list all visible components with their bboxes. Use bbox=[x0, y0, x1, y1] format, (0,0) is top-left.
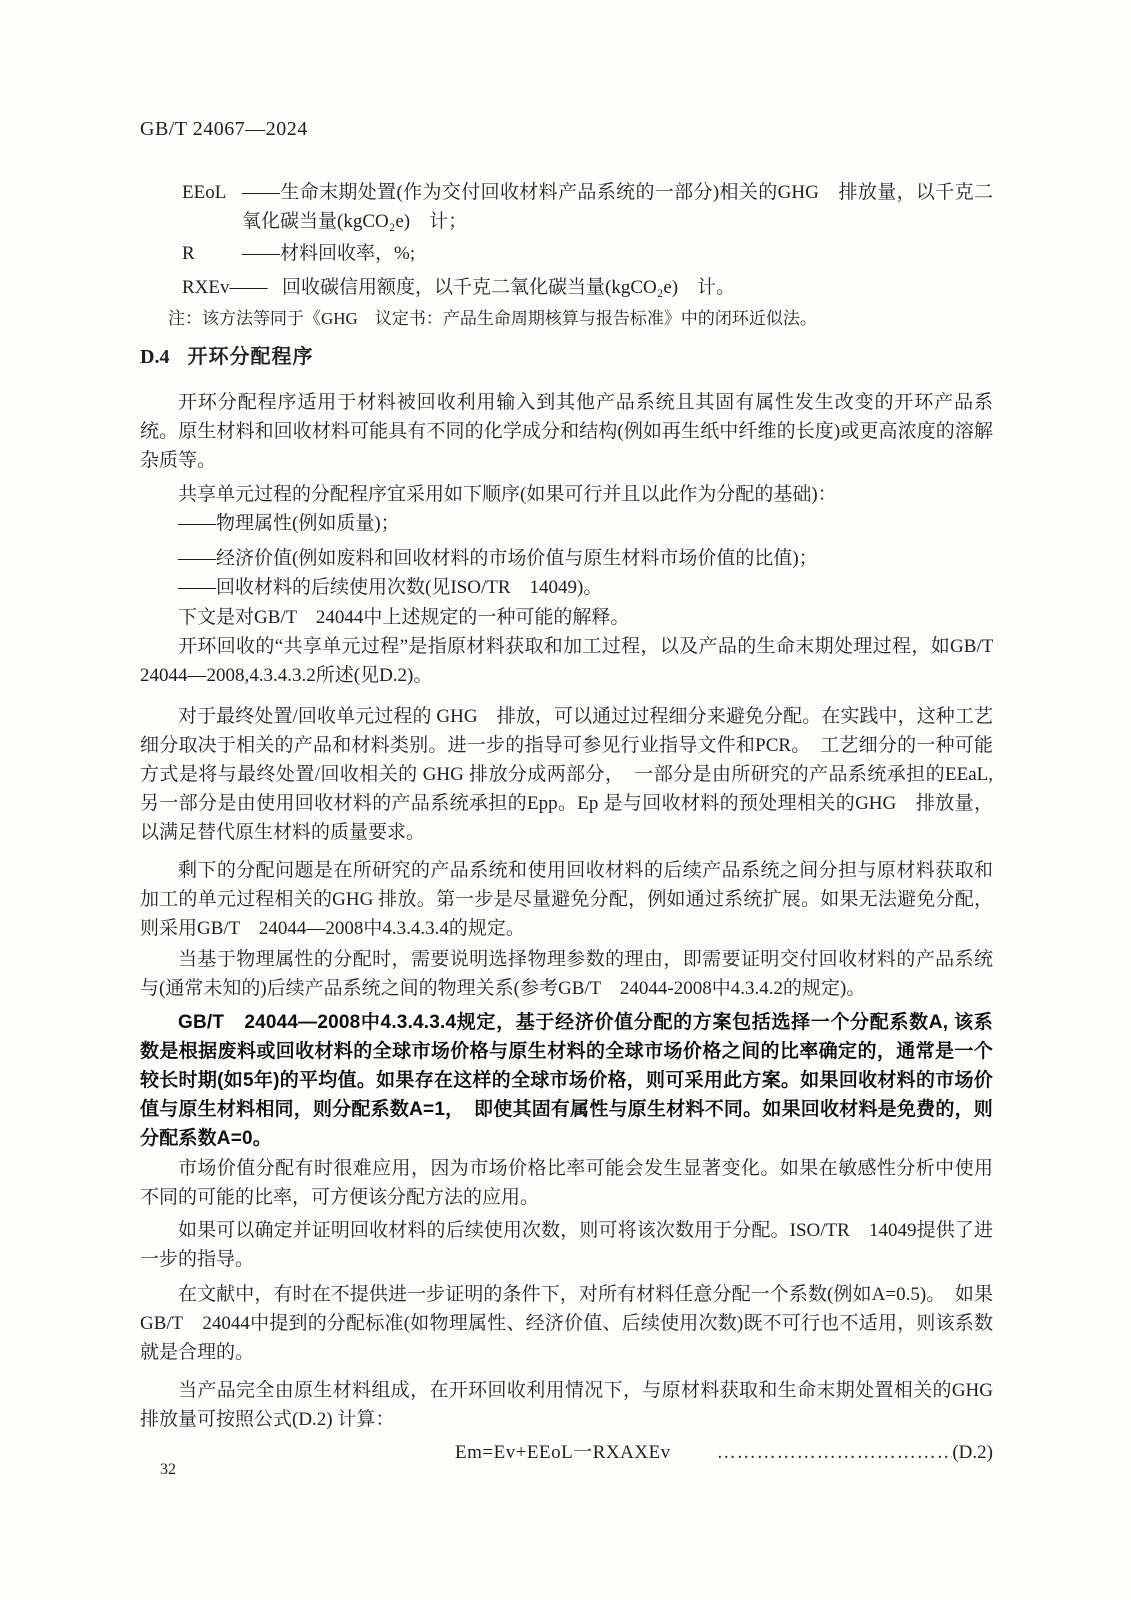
definition-list: EEoL ——生命末期处置(作为交付回收材料产品系统的一部分)相关的GHG 排放… bbox=[140, 178, 993, 302]
section-heading: D.4 开环分配程序 bbox=[140, 343, 993, 371]
definition-item: EEoL ——生命末期处置(作为交付回收材料产品系统的一部分)相关的GHG 排放… bbox=[182, 178, 993, 236]
definition-term: RXEv—— bbox=[182, 273, 282, 302]
definition-term: R bbox=[182, 239, 242, 268]
body-paragraph: 剩下的分配问题是在所研究的产品系统和使用回收材料的后续产品系统之间分担与原材料获… bbox=[140, 856, 993, 943]
doc-number: GB/T 24067—2024 bbox=[140, 117, 993, 141]
document-page: GB/T 24067—2024 EEoL ——生命末期处置(作为交付回收材料产品… bbox=[0, 0, 1131, 1600]
list-item: ——物理属性(例如质量)； bbox=[178, 509, 993, 538]
formula-number: (D.2) bbox=[952, 1438, 993, 1467]
definition-text: ——生命末期处置(作为交付回收材料产品系统的一部分)相关的GHG 排放量，以千克… bbox=[242, 178, 993, 236]
definition-item: RXEv—— 回收碳信用额度，以千克二氧化碳当量(kgCO₂e) 计。 bbox=[182, 273, 993, 302]
body-paragraph: 如果可以确定并证明回收材料的后续使用次数，则可将该次数用于分配。ISO/TR 1… bbox=[140, 1216, 993, 1274]
formula-expression: Em=Ev+EEoL一RXAXEv bbox=[455, 1438, 671, 1467]
formula-block: Em=Ev+EEoL一RXAXEv …………………………………… (D.2) bbox=[455, 1438, 993, 1467]
list-item: ——回收材料的后续使用次数(见ISO/TR 14049)。 bbox=[178, 573, 993, 602]
definition-text: ——材料回收率，%; bbox=[242, 239, 993, 268]
formula-dots: …………………………………… bbox=[717, 1438, 953, 1467]
note-text: 注：该方法等同于《GHG 议定书：产品生命周期核算与报告标准》中的闭环近似法。 bbox=[168, 306, 993, 332]
list-item: ——经济价值(例如废料和回收材料的市场价值与原生材料市场价值的比值)； bbox=[178, 544, 993, 573]
definition-text: 回收碳信用额度，以千克二氧化碳当量(kgCO₂e) 计。 bbox=[282, 273, 993, 302]
definition-term: EEoL bbox=[182, 178, 242, 207]
page-content: GB/T 24067—2024 EEoL ——生命末期处置(作为交付回收材料产品… bbox=[0, 0, 1131, 1467]
body-paragraph: 下文是对GB/T 24044中上述规定的一种可能的解释。 bbox=[140, 603, 993, 632]
body-paragraph: 开环回收的“共享单元过程”是指原材料获取和加工过程，以及产品的生命末期处理过程，… bbox=[140, 632, 993, 690]
section-number: D.4 bbox=[140, 343, 169, 371]
body-paragraph: 共享单元过程的分配程序宜采用如下顺序(如果可行并且以此作为分配的基础)： bbox=[140, 480, 993, 509]
body-paragraph: 当产品完全由原生材料组成，在开环回收利用情况下，与原材料获取和生命末期处置相关的… bbox=[140, 1376, 993, 1434]
body-paragraph-bold: GB/T 24044—2008中4.3.4.3.4规定，基于经济价值分配的方案包… bbox=[140, 1008, 993, 1153]
dash-list: ——物理属性(例如质量)； ——经济价值(例如废料和回收材料的市场价值与原生材料… bbox=[178, 509, 993, 602]
body-paragraph: 当基于物理属性的分配时，需要说明选择物理参数的理由，即需要证明交付回收材料的产品… bbox=[140, 945, 993, 1003]
section-title: 开环分配程序 bbox=[187, 343, 313, 371]
body-paragraph: 市场价值分配有时很难应用，因为市场价格比率可能会发生显著变化。如果在敏感性分析中… bbox=[140, 1154, 993, 1212]
body-paragraph: 在文献中，有时在不提供进一步证明的条件下，对所有材料任意分配一个系数(例如A=0… bbox=[140, 1280, 993, 1367]
page-number: 32 bbox=[160, 1460, 176, 1480]
definition-item: R ——材料回收率，%; bbox=[182, 239, 993, 268]
body-paragraph: 开环分配程序适用于材料被回收利用输入到其他产品系统且其固有属性发生改变的开环产品… bbox=[140, 388, 993, 475]
body-paragraph: 对于最终处置/回收单元过程的 GHG 排放，可以通过过程细分来避免分配。在实践中… bbox=[140, 702, 993, 847]
